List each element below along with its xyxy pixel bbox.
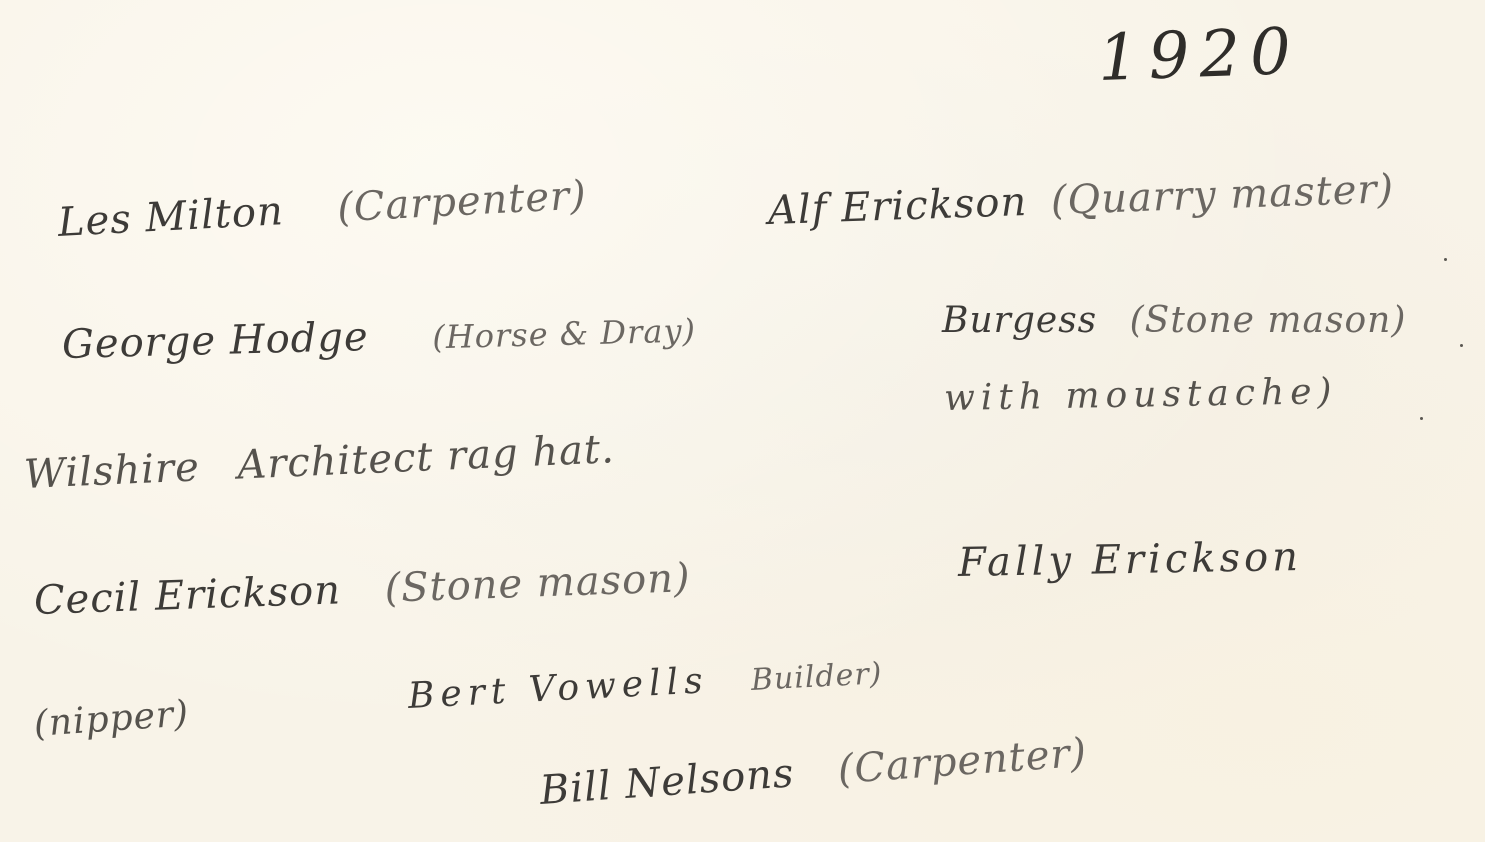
entry-bill-nelsons: Bill Nelsons (Carpenter)	[538, 730, 1088, 814]
entry-occupation: (Horse & Dray)	[432, 311, 697, 356]
entry-name: Cecil Erickson	[33, 567, 342, 624]
year-heading: 1920	[1097, 15, 1302, 96]
entry-burgess: Burgess (Stone mason)	[942, 300, 1406, 341]
entry-george-hodge: George Hodge (Horse & Dray)	[61, 305, 696, 368]
entry-nipper: (nipper)	[33, 693, 191, 745]
entry-name: George Hodge	[61, 314, 369, 368]
entry-name: Wilshire	[23, 444, 201, 498]
entry-name: Burgess	[942, 300, 1097, 341]
entry-name: Les Milton	[57, 188, 285, 246]
entry-burgess-note: with moustache)	[944, 371, 1338, 419]
entry-wilshire: Wilshire Architect rag hat.	[23, 426, 616, 498]
ink-speck	[1444, 258, 1447, 261]
entry-occupation: (Quarry master)	[1050, 166, 1395, 224]
entry-bert-vowells: Bert Vowells Builder)	[407, 651, 883, 717]
entry-name: Bill Nelsons	[538, 750, 795, 814]
entry-occupation: (Carpenter)	[836, 730, 1088, 793]
handwritten-page: 1920 Les Milton (Carpenter) Alf Erickson…	[0, 0, 1485, 842]
entry-les-milton: Les Milton (Carpenter)	[57, 172, 588, 246]
entry-occupation: (Stone mason)	[1130, 300, 1407, 341]
entry-fally-erickson: Fally Erickson	[958, 534, 1303, 586]
ink-speck	[1460, 344, 1463, 347]
entry-name: Bert Vowells	[407, 660, 710, 717]
entry-name: Alf Erickson	[767, 179, 1028, 234]
entry-occupation: Builder)	[750, 656, 883, 698]
ink-speck	[1420, 417, 1423, 420]
entry-occupation: (Carpenter)	[336, 172, 588, 231]
entry-name: Fally Erickson	[958, 534, 1303, 586]
entry-occupation: Architect rag hat.	[236, 426, 615, 488]
entry-cecil-erickson: Cecil Erickson (Stone mason)	[33, 555, 691, 624]
entry-alf-erickson: Alf Erickson (Quarry master)	[767, 166, 1395, 234]
entry-occupation: (Stone mason)	[384, 555, 691, 612]
